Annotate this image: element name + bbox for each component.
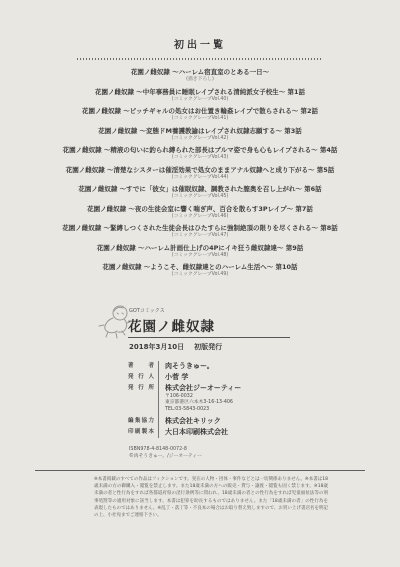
imprint-label: GOTコミックス	[129, 307, 400, 314]
chapter-source: (コミックグレープVol.43)	[0, 155, 400, 162]
chapter-title: 花園ノ雌奴隷 〜精液の匂いに釣られ縛られた部長はブルマ姿で身も心もレイプされる〜…	[0, 146, 400, 155]
title-rule	[128, 337, 290, 338]
isbn: ISBN978-4-8148-0072-8	[129, 446, 400, 453]
chapter-entries: 花園ノ雌奴隷 〜ハーレム宿直室のとある一日〜 (描き下ろし) 花園ノ雌奴隷 〜中…	[0, 68, 400, 279]
edition-line: 2018年3月10日初版発行	[129, 342, 400, 352]
chapter-title: 花園ノ雌奴隷 〜清楚なシスターは催淫効果で処女のままアナル奴隷へと成り下がる〜 …	[0, 166, 400, 175]
chapter-source: (コミックグレープVol.44)	[0, 175, 400, 182]
chapter-source: (コミックグレープVol.40)	[0, 97, 400, 104]
info-value: 小菅 学	[158, 372, 188, 383]
chapter-source: (コミックグレープVol.49)	[0, 272, 400, 279]
info-row-printing: 印刷製本 大日本印刷株式会社	[128, 427, 400, 438]
publish-date: 2018年3月10日	[129, 343, 184, 351]
info-row-publisher-person: 発行人 小菅 学	[128, 372, 400, 383]
info-label: 編集協力	[128, 416, 154, 427]
chapter-entry: 花園ノ雌奴隷 〜清楚なシスターは催淫効果で処女のままアナル奴隷へと成り下がる〜 …	[0, 166, 400, 182]
chapter-entry: 花園ノ雌奴隷 〜緊縛しつくされた生徒会長はひたすらに強制絶頂の限りを尽くされる〜…	[0, 224, 400, 240]
chapter-title: 花園ノ雌奴隷 〜変態ドM養護教諭はレイプされ奴隷志願する〜 第3話	[0, 127, 400, 136]
chapter-title: 花園ノ雌奴隷 〜夜の生徒会室に響く喘ぎ声、百合を散らす3Pレイプ〜 第7話	[0, 205, 400, 214]
info-value: 大日本印刷株式会社	[158, 427, 228, 438]
first-publication-list: 初出一覧 花園ノ雌奴隷 〜ハーレム宿直室のとある一日〜 (描き下ろし) 花園ノ雌…	[0, 0, 400, 279]
info-row-author: 著者 肉そうきゅー。	[128, 361, 400, 372]
colophon: GOTコミックス 花園ノ雌奴隷 2018年3月10日初版発行 著者 肉そうきゅー…	[0, 307, 400, 460]
chapter-entry: 花園ノ雌奴隷 〜ハーレム宿直室のとある一日〜 (描き下ろし)	[0, 68, 400, 84]
colophon-page: 初出一覧 花園ノ雌奴隷 〜ハーレム宿直室のとある一日〜 (描き下ろし) 花園ノ雌…	[0, 0, 400, 567]
dotted-divider	[77, 58, 323, 60]
chapter-entry: 花園ノ雌奴隷 〜ビッチギャルの処女はお仕置き輪姦レイプで散らされる〜 第2話 (…	[0, 107, 400, 123]
chapter-source: (描き下ろし)	[0, 77, 400, 84]
publication-info-table: 著者 肉そうきゅー。 発行人 小菅 学 発行所 株式会社ジーオーティー 〒106…	[128, 361, 400, 438]
chapter-source: (コミックグレープVol.45)	[0, 194, 400, 201]
chapter-title: 花園ノ雌奴隷 〜ハーレム宿直室のとある一日〜	[0, 68, 400, 77]
chibi-doodle-icon	[96, 303, 138, 339]
chapter-entry: 花園ノ雌奴隷 〜中年事務員に睡眠レイプされる清純派女子校生〜 第1話 (コミック…	[0, 88, 400, 104]
info-row-publisher: 発行所 株式会社ジーオーティー 〒106-0032 東京都港区六本木3-16-1…	[128, 383, 400, 416]
bottom-rule	[35, 470, 365, 471]
chapter-title: 花園ノ雌奴隷 〜緊縛しつくされた生徒会長はひたすらに強制絶頂の限りを尽くされる〜…	[0, 224, 400, 233]
chapter-entry: 花園ノ雌奴隷 〜すでに「彼女」は催眠奴隷、調教された膣奥を召し上がれ〜 第6話 …	[0, 185, 400, 201]
disclaimer-text: ※本書掲載のすべての作品はフィクションです。実在の人物・団体・事件などとは一切関…	[94, 476, 328, 519]
chapter-source: (コミックグレープVol.41)	[0, 116, 400, 123]
chapter-source: (コミックグレープVol.47)	[0, 233, 400, 240]
isbn-block: ISBN978-4-8148-0072-8 ©肉そうきゅー。/ジーオーティー	[129, 446, 400, 460]
info-row-editing: 編集協力 株式会社キリック	[128, 416, 400, 427]
chapter-entry: 花園ノ雌奴隷 〜精液の匂いに釣られ縛られた部長はブルマ姿で身も心もレイプされる〜…	[0, 146, 400, 162]
chapter-title: 花園ノ雌奴隷 〜ようこそ、雌奴隷達とのハーレム生活へ〜 第10話	[0, 263, 400, 272]
info-label: 発行所	[128, 383, 154, 416]
chapter-title: 花園ノ雌奴隷 〜ビッチギャルの処女はお仕置き輪姦レイプで散らされる〜 第2話	[0, 107, 400, 116]
phone-line: TEL:03-5843-0023	[165, 407, 241, 414]
info-value: 株式会社キリック	[158, 416, 221, 427]
chapter-entry: 花園ノ雌奴隷 〜夜の生徒会室に響く喘ぎ声、百合を散らす3Pレイプ〜 第7話 (コ…	[0, 205, 400, 221]
info-label: 印刷製本	[128, 427, 154, 438]
info-value: 肉そうきゅー。	[158, 361, 214, 372]
copyright: ©肉そうきゅー。/ジーオーティー	[129, 453, 400, 460]
book-title: 花園ノ雌奴隷	[128, 315, 400, 335]
publisher-address: 〒106-0032 東京都港区六本木3-16-13-406 TEL:03-584…	[165, 394, 241, 416]
chapter-entry: 花園ノ雌奴隷 〜ようこそ、雌奴隷達とのハーレム生活へ〜 第10話 (コミックグレ…	[0, 263, 400, 279]
info-value: 株式会社ジーオーティー 〒106-0032 東京都港区六本木3-16-13-40…	[158, 383, 241, 416]
chapter-title: 花園ノ雌奴隷 〜中年事務員に睡眠レイプされる清純派女子校生〜 第1話	[0, 88, 400, 97]
chapter-source: (コミックグレープVol.42)	[0, 136, 400, 143]
chapter-source: (コミックグレープVol.46)	[0, 214, 400, 221]
edition-label: 初版発行	[194, 343, 222, 351]
chapter-title: 花園ノ雌奴隷 〜すでに「彼女」は催眠奴隷、調教された膣奥を召し上がれ〜 第6話	[0, 185, 400, 194]
chapter-entry: 花園ノ雌奴隷 〜変態ドM養護教諭はレイプされ奴隷志願する〜 第3話 (コミックグ…	[0, 127, 400, 143]
info-label: 発行人	[128, 372, 154, 383]
chapter-title: 花園ノ雌奴隷 〜ハーレム計画仕上げの4Pにイキ狂う雌奴隷達〜 第9話	[0, 244, 400, 253]
chapter-entry: 花園ノ雌奴隷 〜ハーレム計画仕上げの4Pにイキ狂う雌奴隷達〜 第9話 (コミック…	[0, 244, 400, 260]
chapter-source: (コミックグレープVol.48)	[0, 253, 400, 260]
info-label: 著者	[128, 361, 154, 372]
publisher-name: 株式会社ジーオーティー	[165, 383, 241, 394]
section-title: 初出一覧	[0, 36, 400, 51]
